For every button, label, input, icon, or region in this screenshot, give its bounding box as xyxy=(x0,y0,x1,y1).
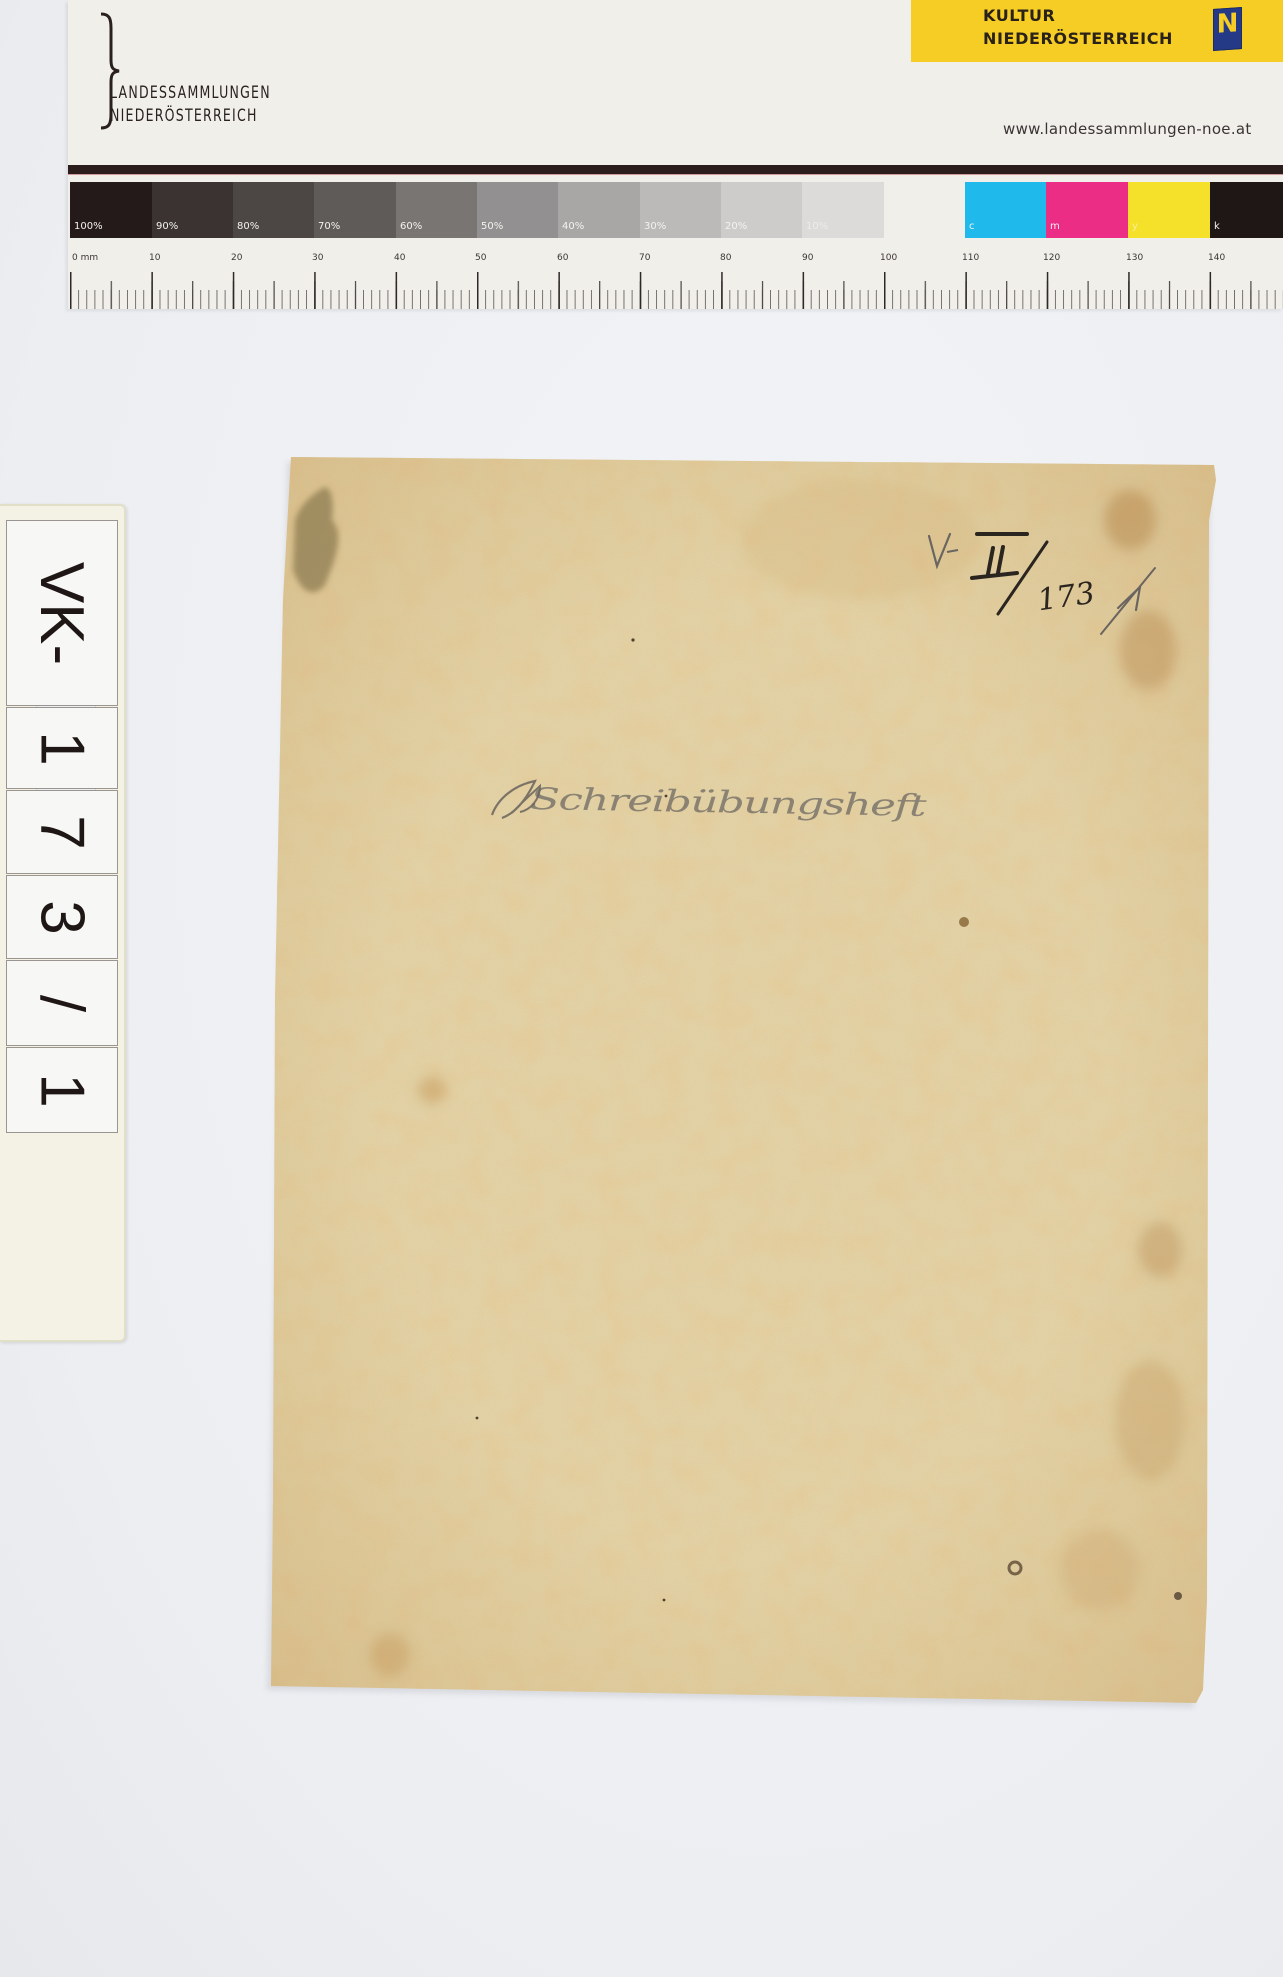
handwritten-title-text: Schreibübungsheft xyxy=(530,782,928,824)
aged-paper-document: 173 Schreibübungsheft xyxy=(0,0,1283,1977)
